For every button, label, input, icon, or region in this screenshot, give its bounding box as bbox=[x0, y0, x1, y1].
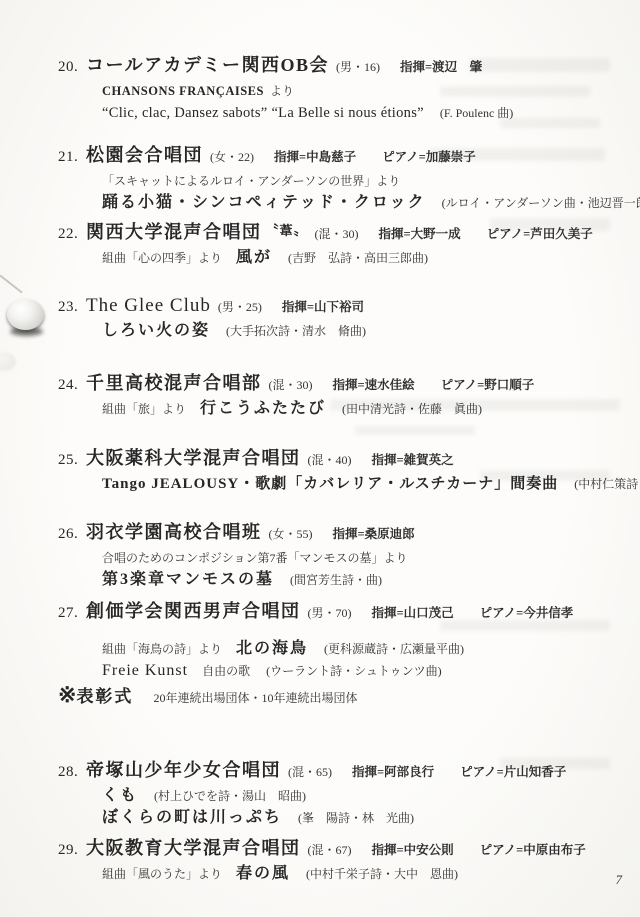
song-credit: (ウーラント詩・シュトゥンツ曲) bbox=[266, 664, 441, 678]
group-composition: (混・30) bbox=[269, 378, 313, 392]
entry-number: 22. bbox=[58, 221, 86, 247]
group-composition: (男・16) bbox=[336, 60, 380, 74]
program-entry-27: 27.創価学会関西男声合唱団(男・70)指揮=山口茂己ピアノ=今井信孝 組曲「海… bbox=[58, 598, 612, 682]
entry-number: 24. bbox=[58, 372, 86, 398]
program-line: 組曲「海鳥の詩」より北の海鳥(更科源蔵詩・広瀬量平曲) bbox=[58, 638, 612, 660]
entry-header: 27.創価学会関西男声合唱団(男・70)指揮=山口茂己ピアノ=今井信孝 bbox=[58, 598, 612, 626]
song-title-latin: Freie Kunst bbox=[102, 662, 188, 679]
entry-header: 26.羽衣学園高校合唱班(女・55)指揮=桑原迪郎 bbox=[58, 519, 612, 547]
suite-suffix: より bbox=[270, 84, 294, 98]
entry-number: 20. bbox=[58, 54, 86, 80]
award-ceremony-note: ※表彰式20年連続出場団体・10年連続出場団体 bbox=[58, 682, 612, 711]
song-title: くも bbox=[102, 787, 138, 804]
group-name: 大阪薬科大学混声合唱団 bbox=[86, 448, 301, 468]
song-title: 風が bbox=[236, 249, 272, 266]
conductor-credit: 指揮=渡辺 肇 bbox=[400, 60, 482, 74]
conductor-credit: 指揮=速水佳絵 bbox=[333, 378, 415, 392]
entry-header: 20.コールアカデミー関西OB会(男・16)指揮=渡辺 肇 bbox=[58, 52, 612, 80]
program-line: 「スキャットによるルロイ・アンダーソンの世界」より bbox=[58, 170, 612, 192]
pianist-credit: ピアノ=今井信孝 bbox=[480, 606, 574, 620]
conductor-credit: 指揮=阿部良行 bbox=[352, 765, 434, 779]
entry-number: 27. bbox=[58, 600, 86, 626]
suite-title: 合唱のためのコンポジション第7番「マンモスの墓」より bbox=[102, 551, 407, 565]
conductor-credit: 指揮=中安公則 bbox=[372, 843, 454, 857]
group-composition: (女・55) bbox=[269, 527, 313, 541]
entry-header: 22.関西大学混声合唱団 〝葦〟(混・30)指揮=大野一成ピアノ=芦田久美子 bbox=[58, 218, 612, 247]
program-page: 20.コールアカデミー関西OB会(男・16)指揮=渡辺 肇 CHANSONS F… bbox=[0, 0, 640, 885]
suite-title: CHANSONS FRANÇAISES bbox=[102, 84, 264, 98]
entry-number: 23. bbox=[58, 294, 86, 320]
entry-number: 21. bbox=[58, 144, 86, 170]
entry-number: 28. bbox=[58, 759, 86, 785]
song-title: ぼくらの町は川っぷち bbox=[102, 809, 282, 826]
program-line: ぼくらの町は川っぷち(峯 陽詩・林 光曲) bbox=[58, 807, 612, 829]
entry-number: 29. bbox=[58, 837, 86, 863]
song-credit: (更科源蔵詩・広瀬量平曲) bbox=[324, 642, 464, 656]
program-line: くも(村上ひでを詩・湯山 昭曲) bbox=[58, 785, 612, 807]
song-title: Tango JEALOUSY・歌劇「カバレリア・ルスチカーナ」間奏曲 bbox=[102, 476, 558, 492]
suite-title: 「スキャットによるルロイ・アンダーソンの世界」より bbox=[102, 174, 400, 188]
group-name: コールアカデミー関西OB会 bbox=[86, 55, 329, 75]
song-credit: (ルロイ・アンダーソン曲・池辺晋一郎編) bbox=[442, 196, 640, 210]
group-name: 千里高校混声合唱部 bbox=[86, 373, 262, 393]
program-entry-23: 23.The Glee Club(男・25)指揮=山下裕司 しろい火の姿(大手拓… bbox=[58, 293, 612, 342]
pianist-credit: ピアノ=片山知香子 bbox=[460, 765, 566, 779]
award-text: 20年連続出場団体・10年連続出場団体 bbox=[153, 691, 357, 705]
group-composition: (混・30) bbox=[315, 227, 359, 241]
entry-header: 28.帝塚山少年少女合唱団(混・65)指揮=阿部良行ピアノ=片山知香子 bbox=[58, 757, 612, 785]
group-name-suffix: 〝葦〟 bbox=[266, 223, 308, 238]
song-title: 行こうふたたび bbox=[200, 400, 326, 417]
program-line: Tango JEALOUSY・歌劇「カバレリア・ルスチカーナ」間奏曲(中村仁策詩… bbox=[58, 473, 612, 495]
group-name: 松園会合唱団 bbox=[86, 145, 203, 165]
entry-number: 25. bbox=[58, 447, 86, 473]
program-line: Freie Kunst自由の歌(ウーラント詩・シュトゥンツ曲) bbox=[58, 660, 612, 682]
group-composition: (男・70) bbox=[308, 606, 352, 620]
entry-header: 21.松園会合唱団(女・22)指揮=中島慈子ピアノ=加藤崇子 bbox=[58, 142, 612, 170]
group-composition: (男・25) bbox=[218, 300, 262, 314]
program-line: 第3楽章マンモスの墓(間宮芳生詩・曲) bbox=[58, 569, 612, 591]
program-entry-20: 20.コールアカデミー関西OB会(男・16)指揮=渡辺 肇 CHANSONS F… bbox=[58, 52, 612, 124]
program-line: 踊る小猫・シンコペィテッド・クロック(ルロイ・アンダーソン曲・池辺晋一郎編) bbox=[58, 192, 612, 214]
pianist-credit: ピアノ=芦田久美子 bbox=[487, 227, 593, 241]
reference-mark-icon: ※ bbox=[58, 682, 76, 707]
song-title: しろい火の姿 bbox=[102, 322, 210, 339]
group-name: 大阪教育大学混声合唱団 bbox=[86, 838, 301, 858]
award-label: 表彰式 bbox=[76, 687, 133, 706]
song-credit: (中村千栄子詩・大中 恩曲) bbox=[306, 867, 458, 881]
program-entry-29: 29.大阪教育大学混声合唱団(混・67)指揮=中安公則ピアノ=中原由布子 組曲「… bbox=[58, 835, 612, 885]
group-name: 羽衣学園高校合唱班 bbox=[86, 522, 262, 542]
song-title: 踊る小猫・シンコペィテッド・クロック bbox=[102, 194, 426, 211]
song-credit: (吉野 弘詩・高田三郎曲) bbox=[288, 251, 428, 265]
entry-number: 26. bbox=[58, 521, 86, 547]
group-name: 帝塚山少年少女合唱団 bbox=[86, 760, 281, 780]
pianist-credit: ピアノ=野口順子 bbox=[441, 378, 535, 392]
entry-header: 29.大阪教育大学混声合唱団(混・67)指揮=中安公則ピアノ=中原由布子 bbox=[58, 835, 612, 863]
program-entry-25: 25.大阪薬科大学混声合唱団(混・40)指揮=雑賀英之 Tango JEALOU… bbox=[58, 445, 612, 495]
conductor-credit: 指揮=桑原迪郎 bbox=[333, 527, 415, 541]
group-composition: (混・65) bbox=[288, 765, 332, 779]
program-line: しろい火の姿(大手拓次詩・清水 脩曲) bbox=[58, 320, 612, 342]
program-line: 合唱のためのコンポジション第7番「マンモスの墓」より bbox=[58, 547, 612, 569]
program-line: 組曲「心の四季」より風が(吉野 弘詩・高田三郎曲) bbox=[58, 247, 612, 269]
group-name: The Glee Club bbox=[86, 295, 211, 316]
song-title: 第3楽章マンモスの墓 bbox=[102, 571, 274, 588]
pianist-credit: ピアノ=中原由布子 bbox=[480, 843, 586, 857]
conductor-credit: 指揮=大野一成 bbox=[379, 227, 461, 241]
program-line: 組曲「風のうた」より春の風(中村千栄子詩・大中 恩曲) bbox=[58, 863, 612, 885]
group-composition: (混・67) bbox=[308, 843, 352, 857]
program-entry-21: 21.松園会合唱団(女・22)指揮=中島慈子ピアノ=加藤崇子 「スキャットによる… bbox=[58, 142, 612, 214]
entry-header: 23.The Glee Club(男・25)指揮=山下裕司 bbox=[58, 293, 612, 320]
song-credit: (間宮芳生詩・曲) bbox=[290, 573, 382, 587]
program-entry-28: 28.帝塚山少年少女合唱団(混・65)指揮=阿部良行ピアノ=片山知香子 くも(村… bbox=[58, 757, 612, 829]
page-number: 7 bbox=[616, 872, 623, 888]
group-composition: (混・40) bbox=[308, 453, 352, 467]
song-credit: (村上ひでを詩・湯山 昭曲) bbox=[154, 789, 306, 803]
entry-header: 25.大阪薬科大学混声合唱団(混・40)指揮=雑賀英之 bbox=[58, 445, 612, 473]
song-credit: (田中清光詩・佐藤 眞曲) bbox=[342, 402, 482, 416]
conductor-credit: 指揮=雑賀英之 bbox=[372, 453, 454, 467]
program-entry-26: 26.羽衣学園高校合唱班(女・55)指揮=桑原迪郎 合唱のためのコンポジション第… bbox=[58, 519, 612, 591]
conductor-credit: 指揮=中島慈子 bbox=[274, 150, 356, 164]
song-title: “Clic, clac, Dansez sabots” “La Belle si… bbox=[102, 105, 424, 121]
suite-title: 組曲「海鳥の詩」より bbox=[102, 642, 222, 656]
conductor-credit: 指揮=山下裕司 bbox=[282, 300, 364, 314]
program-line: “Clic, clac, Dansez sabots” “La Belle si… bbox=[58, 102, 612, 124]
suite-title: 組曲「風のうた」より bbox=[102, 867, 222, 881]
song-title: 北の海鳥 bbox=[236, 640, 308, 657]
conductor-credit: 指揮=山口茂己 bbox=[372, 606, 454, 620]
song-title: 春の風 bbox=[236, 865, 290, 882]
song-credit: (中村仁策詩・編) bbox=[574, 477, 640, 491]
song-title-translation: 自由の歌 bbox=[202, 664, 250, 678]
program-line: 組曲「旅」より行こうふたたび(田中清光詩・佐藤 眞曲) bbox=[58, 398, 612, 420]
group-composition: (女・22) bbox=[210, 150, 254, 164]
suite-title: 組曲「心の四季」より bbox=[102, 251, 222, 265]
pianist-credit: ピアノ=加藤崇子 bbox=[382, 150, 476, 164]
suite-title: 組曲「旅」より bbox=[102, 402, 186, 416]
entry-header: 24.千里高校混声合唱部(混・30)指揮=速水佳絵ピアノ=野口順子 bbox=[58, 370, 612, 398]
group-name: 関西大学混声合唱団 bbox=[86, 222, 262, 242]
program-entry-22: 22.関西大学混声合唱団 〝葦〟(混・30)指揮=大野一成ピアノ=芦田久美子 組… bbox=[58, 218, 612, 269]
program-entry-24: 24.千里高校混声合唱部(混・30)指揮=速水佳絵ピアノ=野口順子 組曲「旅」よ… bbox=[58, 370, 612, 420]
song-credit: (大手拓次詩・清水 脩曲) bbox=[226, 324, 366, 338]
song-credit: (F. Poulenc 曲) bbox=[440, 106, 513, 120]
song-credit: (峯 陽詩・林 光曲) bbox=[298, 811, 414, 825]
program-line: CHANSONS FRANÇAISESより bbox=[58, 80, 612, 102]
group-name: 創価学会関西男声合唱団 bbox=[86, 601, 301, 621]
